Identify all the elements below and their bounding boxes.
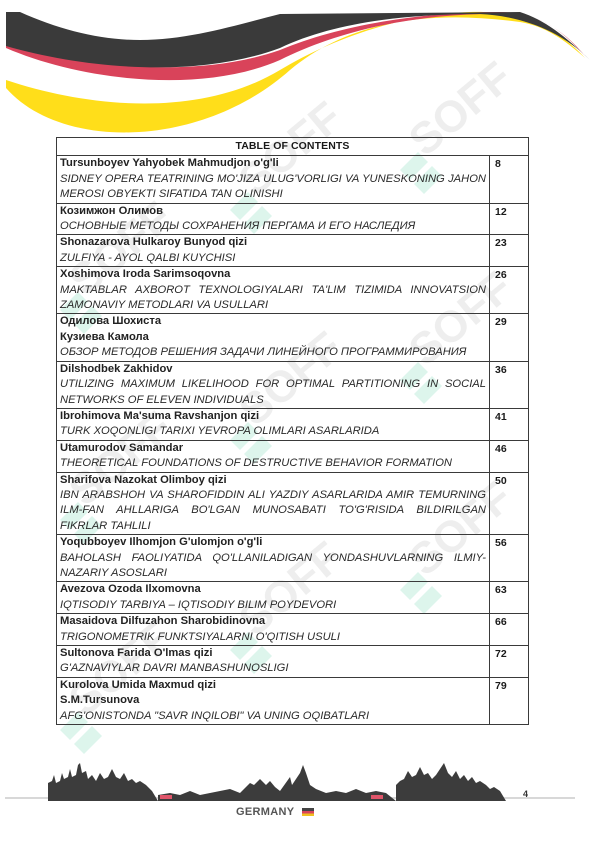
toc-heading: TABLE OF CONTENTS xyxy=(57,138,529,156)
toc-title: ОБЗОР МЕТОДОВ РЕШЕНИЯ ЗАДАЧИ ЛИНЕЙНОГО П… xyxy=(60,345,486,360)
toc-author: Kurolova Umida Maxmud qizi xyxy=(60,678,486,693)
toc-page-number: 79 xyxy=(490,677,529,724)
toc-entry-content: Ibrohimova Ma'suma Ravshanjon qiziTURK X… xyxy=(57,408,490,440)
toc-page-number: 12 xyxy=(490,203,529,235)
toc-entry: Avezova Ozoda IlxomovnaIQTISODIY TARBIYA… xyxy=(57,582,529,614)
toc-page-number: 36 xyxy=(490,361,529,408)
toc-page-number: 23 xyxy=(490,235,529,267)
toc-page-number: 50 xyxy=(490,472,529,535)
toc-author: Sultonova Farida O'lmas qizi xyxy=(60,646,486,661)
toc-entry-content: Kurolova Umida Maxmud qiziS.M.TursunovaA… xyxy=(57,677,490,724)
toc-page-number: 8 xyxy=(490,156,529,203)
toc-entry-content: Одилова ШохистаКузиева КамолаОБЗОР МЕТОД… xyxy=(57,314,490,361)
toc-page-number: 29 xyxy=(490,314,529,361)
toc-entry-content: Avezova Ozoda IlxomovnaIQTISODIY TARBIYA… xyxy=(57,582,490,614)
toc-entry-content: Dilshodbek ZakhidovUTILIZING MAXIMUM LIK… xyxy=(57,361,490,408)
toc-entry: Одилова ШохистаКузиева КамолаОБЗОР МЕТОД… xyxy=(57,314,529,361)
toc-title: THEORETICAL FOUNDATIONS OF DESTRUCTIVE B… xyxy=(60,456,486,471)
toc-entry-content: Sharifova Nazokat Olimboy qiziIBN ARABSH… xyxy=(57,472,490,535)
toc-entry-content: Tursunboyev Yahyobek Mahmudjon o'g'liSID… xyxy=(57,156,490,203)
toc-page-number: 46 xyxy=(490,440,529,472)
toc-author: Yoqubboyev Ilhomjon G'ulomjon o'g'li xyxy=(60,535,486,550)
toc-entry: Shonazarova Hulkaroy Bunyod qiziZULFIYA … xyxy=(57,235,529,267)
skyline-footer xyxy=(0,755,596,825)
toc-title: TURK XOQONLIGI TARIXI YEVROPA OLIMLARI A… xyxy=(60,424,486,439)
toc-title: MAKTABLAR AXBOROT TEXNOLOGIYALARI TA'LIM… xyxy=(60,283,486,314)
toc-title: UTILIZING MAXIMUM LIKELIHOOD FOR OPTIMAL… xyxy=(60,377,486,408)
toc-author: Sharifova Nazokat Olimboy qizi xyxy=(60,473,486,488)
toc-entry-content: Yoqubboyev Ilhomjon G'ulomjon o'g'liBAHO… xyxy=(57,535,490,582)
toc-entry: Kurolova Umida Maxmud qiziS.M.TursunovaA… xyxy=(57,677,529,724)
germany-flag-wave xyxy=(0,0,596,140)
toc-author: Dilshodbek Zakhidov xyxy=(60,362,486,377)
toc-title: TRIGONOMETRIK FUNKTSIYALARNI O'QITISH US… xyxy=(60,630,486,645)
germany-flag-icon xyxy=(302,808,314,816)
toc-entry: Yoqubboyev Ilhomjon G'ulomjon o'g'liBAHO… xyxy=(57,535,529,582)
toc-title: AFG'ONISTONDA "SAVR INQILOBI" VA UNING O… xyxy=(60,709,486,724)
toc-entry-content: Sultonova Farida O'lmas qiziG'AZNAVIYLAR… xyxy=(57,646,490,678)
toc-entry: Козимжон ОлимовОСНОВНЫЕ МЕТОДЫ СОХРАНЕНИ… xyxy=(57,203,529,235)
toc-author: S.M.Tursunova xyxy=(60,693,486,708)
toc-title: G'AZNAVIYLAR DAVRI MANBASHUNOSLIGI xyxy=(60,661,486,676)
toc-entry-content: Козимжон ОлимовОСНОВНЫЕ МЕТОДЫ СОХРАНЕНИ… xyxy=(57,203,490,235)
toc-entry: Dilshodbek ZakhidovUTILIZING MAXIMUM LIK… xyxy=(57,361,529,408)
footer-country-label: GERMANY xyxy=(236,806,294,818)
toc-page-number: 56 xyxy=(490,535,529,582)
toc-page-number: 41 xyxy=(490,408,529,440)
toc-page-number: 26 xyxy=(490,267,529,314)
toc-title: IQTISODIY TARBIYA – IQTISODIY BILIM POYD… xyxy=(60,598,486,613)
toc-page-number: 66 xyxy=(490,614,529,646)
toc-entry-content: Utamurodov SamandarTHEORETICAL FOUNDATIO… xyxy=(57,440,490,472)
toc-entry: Utamurodov SamandarTHEORETICAL FOUNDATIO… xyxy=(57,440,529,472)
toc-author: Utamurodov Samandar xyxy=(60,441,486,456)
toc-author: Кузиева Камола xyxy=(60,330,486,345)
toc-author: Ibrohimova Ma'suma Ravshanjon qizi xyxy=(60,409,486,424)
toc-entry: Xoshimova Iroda SarimsoqovnaMAKTABLAR AX… xyxy=(57,267,529,314)
toc-author: Shonazarova Hulkaroy Bunyod qizi xyxy=(60,235,486,250)
toc-entry: Sharifova Nazokat Olimboy qiziIBN ARABSH… xyxy=(57,472,529,535)
toc-entry-content: Shonazarova Hulkaroy Bunyod qiziZULFIYA … xyxy=(57,235,490,267)
toc-entry: Ibrohimova Ma'suma Ravshanjon qiziTURK X… xyxy=(57,408,529,440)
toc-author: Одилова Шохиста xyxy=(60,314,486,329)
toc-author: Avezova Ozoda Ilxomovna xyxy=(60,582,486,597)
toc-title: SIDNEY OPERA TEATRINING MO'JIZA ULUG'VOR… xyxy=(60,172,486,203)
toc-title: ZULFIYA - AYOL QALBI KUYCHISI xyxy=(60,251,486,266)
toc-page-number: 63 xyxy=(490,582,529,614)
toc-title: BAHOLASH FAOLIYATIDA QO'LLANILADIGAN YON… xyxy=(60,551,486,582)
toc-author: Tursunboyev Yahyobek Mahmudjon o'g'li xyxy=(60,156,486,171)
toc-author: Masaidova Dilfuzahon Sharobidinovna xyxy=(60,614,486,629)
page-number: 4 xyxy=(523,789,528,799)
toc-title: ОСНОВНЫЕ МЕТОДЫ СОХРАНЕНИЯ ПЕРГАМА И ЕГО… xyxy=(60,219,486,234)
toc-title: IBN ARABSHOH VA SHAROFIDDIN ALI YAZDIY A… xyxy=(60,488,486,534)
toc-entry-content: Masaidova Dilfuzahon SharobidinovnaTRIGO… xyxy=(57,614,490,646)
toc-page-number: 72 xyxy=(490,646,529,678)
toc-entry: Masaidova Dilfuzahon SharobidinovnaTRIGO… xyxy=(57,614,529,646)
toc-entry: Sultonova Farida O'lmas qiziG'AZNAVIYLAR… xyxy=(57,646,529,678)
toc-author: Козимжон Олимов xyxy=(60,204,486,219)
toc-author: Xoshimova Iroda Sarimsoqovna xyxy=(60,267,486,282)
table-of-contents: TABLE OF CONTENTS Tursunboyev Yahyobek M… xyxy=(56,137,529,725)
toc-entry: Tursunboyev Yahyobek Mahmudjon o'g'liSID… xyxy=(57,156,529,203)
toc-entry-content: Xoshimova Iroda SarimsoqovnaMAKTABLAR AX… xyxy=(57,267,490,314)
